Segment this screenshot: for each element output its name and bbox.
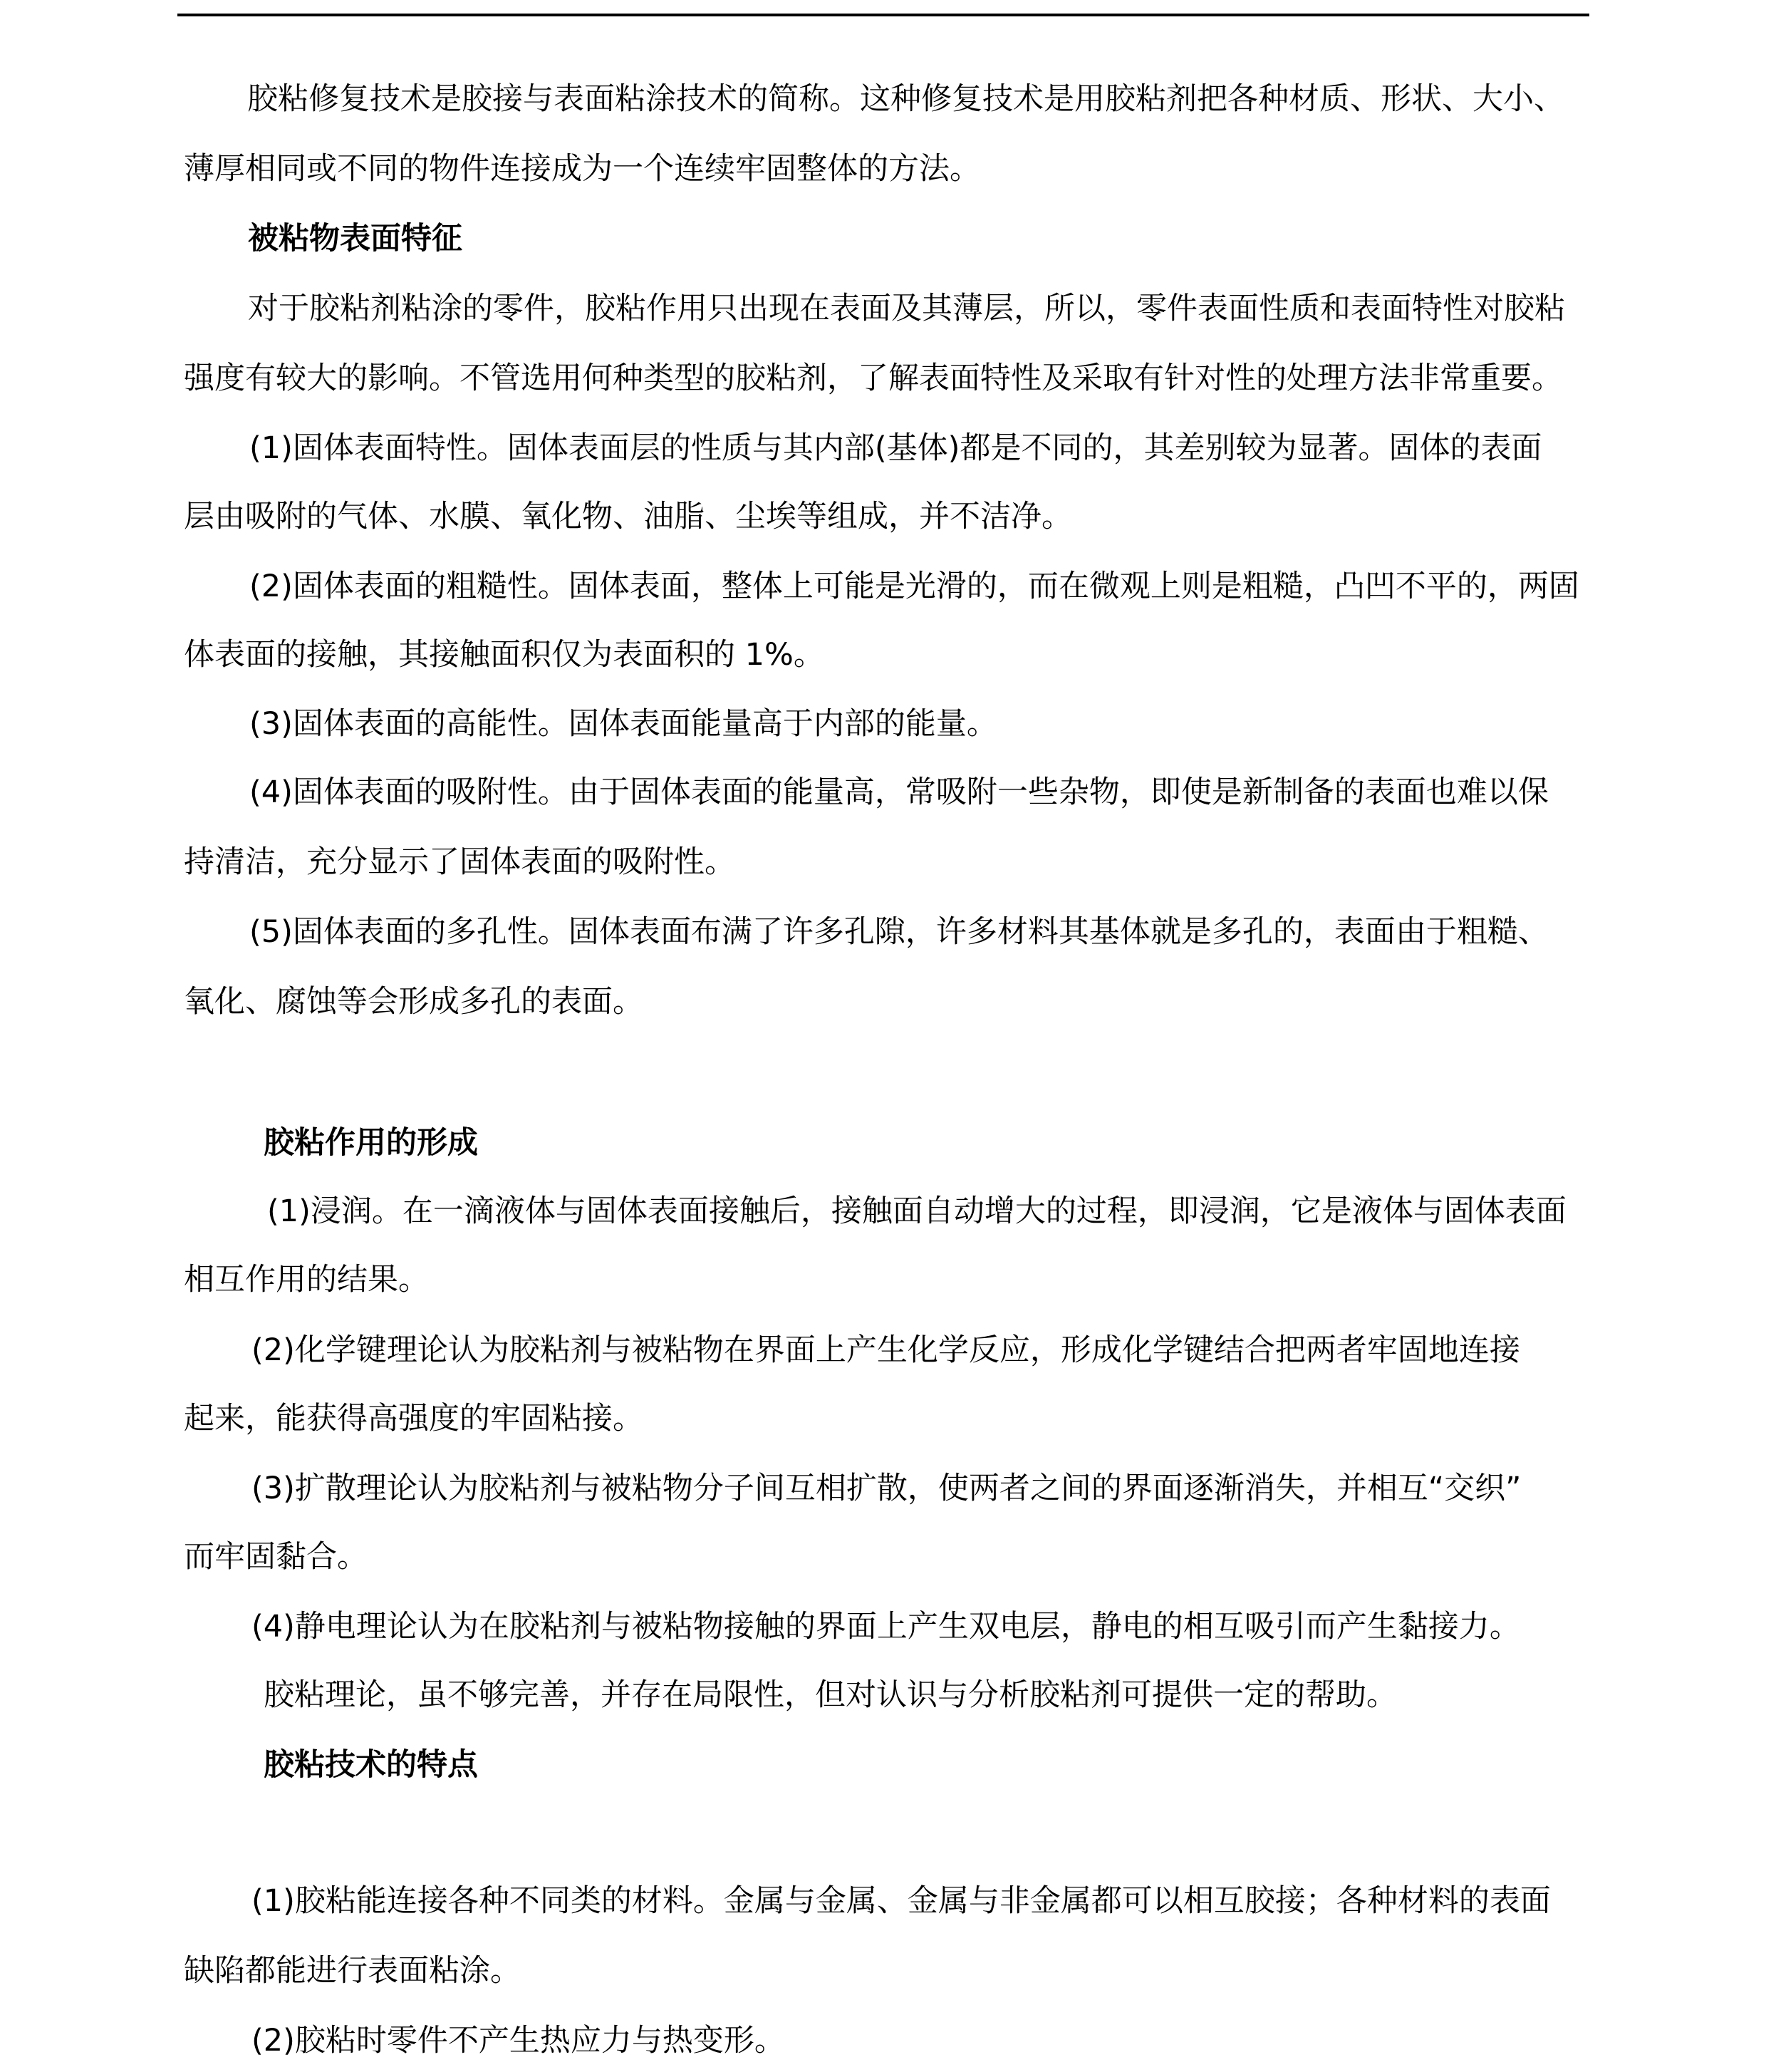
text-line: 体表面的接触，其接触面积仅为表面积的 1%。 <box>184 636 824 673</box>
section-heading: 胶粘作用的形成 <box>264 1124 478 1161</box>
document-page: 胶粘修复技术是胶接与表面粘涂技术的简称。这种修复技术是用胶粘剂把各种材质、形状、… <box>0 0 1766 2072</box>
text-line: (2)化学键理论认为胶粘剂与被粘物在界面上产生化学反应，形成化学键结合把两者牢固… <box>251 1332 1520 1369</box>
text-line: (5)固体表面的多孔性。固体表面布满了许多孔隙，许多材料其基体就是多孔的，表面由… <box>249 913 1549 950</box>
text-line: 氧化、腐蚀等会形成多孔的表面。 <box>184 983 643 1020</box>
text-line: 相互作用的结果。 <box>184 1261 429 1298</box>
text-line: (1)胶粘能连接各种不同类的材料。金属与金属、金属与非金属都可以相互胶接；各种材… <box>251 1882 1551 1920</box>
text-line: 强度有较大的影响。不管选用何种类型的胶粘剂，了解表面特性及采取有针对性的处理方法… <box>184 360 1562 397</box>
text-line: (2)固体表面的粗糙性。固体表面，整体上可能是光滑的，而在微观上则是粗糙，凸凹不… <box>249 568 1579 605</box>
text-line: 对于胶粘剂粘涂的零件，胶粘作用只出现在表面及其薄层，所以，零件表面性质和表面特性… <box>248 290 1565 327</box>
text-line: (1)浸润。在一滴液体与固体表面接触后，接触面自动增大的过程，即浸润，它是液体与… <box>267 1193 1567 1230</box>
text-line: 胶粘理论，虽不够完善，并存在局限性，但对认识与分析胶粘剂可提供一定的帮助。 <box>264 1677 1397 1714</box>
text-line: (1)固体表面特性。固体表面层的性质与其内部(基体)都是不同的，其差别较为显著。… <box>249 430 1542 467</box>
text-line: 层由吸附的气体、水膜、氧化物、油脂、尘埃等组成，并不洁净。 <box>184 498 1072 535</box>
text-line: (3)扩散理论认为胶粘剂与被粘物分子间互相扩散，使两者之间的界面逐渐消失，并相互… <box>251 1470 1521 1507</box>
text-line: 而牢固黏合。 <box>184 1538 368 1575</box>
text-line: 胶粘修复技术是胶接与表面粘涂技术的简称。这种修复技术是用胶粘剂把各种材质、形状、… <box>247 81 1564 118</box>
text-line: (4)静电理论认为在胶粘剂与被粘物接触的界面上产生双电层，静电的相互吸引而产生黏… <box>251 1608 1520 1645</box>
text-line: 持清洁，充分显示了固体表面的吸附性。 <box>184 844 735 881</box>
section-heading: 被粘物表面特征 <box>248 220 462 257</box>
text-line: (4)固体表面的吸附性。由于固体表面的能量高，常吸附一些杂物，即使是新制备的表面… <box>249 774 1549 811</box>
text-line: 薄厚相同或不同的物件连接成为一个连续牢固整体的方法。 <box>184 150 980 187</box>
text-line: 起来，能获得高强度的牢固粘接。 <box>184 1400 643 1437</box>
text-line: (2)胶粘时零件不产生热应力与热变形。 <box>251 2022 785 2059</box>
header-rule <box>177 14 1589 16</box>
section-heading: 胶粘技术的特点 <box>264 1746 478 1783</box>
text-line: 缺陷都能进行表面粘涂。 <box>184 1952 521 1989</box>
text-line: (3)固体表面的高能性。固体表面能量高于内部的能量。 <box>249 705 997 742</box>
